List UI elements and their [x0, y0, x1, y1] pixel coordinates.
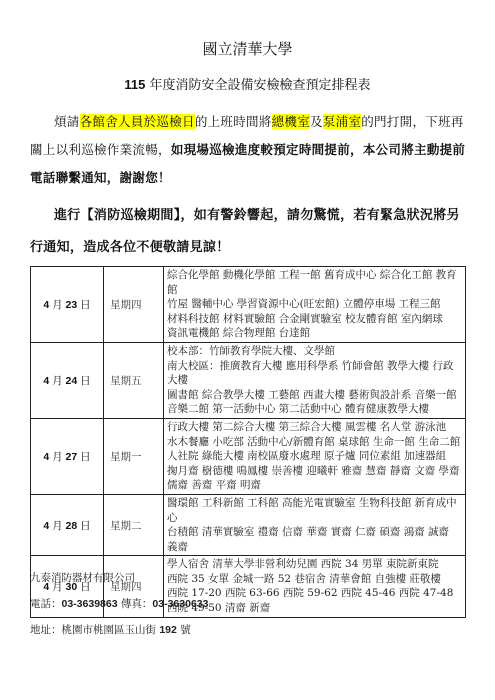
address-street: 桃園市桃園區玉山街 [62, 624, 157, 636]
page-subtitle: 115 年度消防安全設備安檢檢查預定排程表 [0, 74, 495, 93]
notice-text: 及 [310, 114, 323, 129]
day-unit: 日 [80, 299, 91, 311]
address-number: 192 [159, 624, 177, 636]
day-unit: 日 [80, 375, 91, 387]
building-line: 南大校區：推廣教育大樓 應用科學系 竹師會館 教學大樓 行政大樓 [167, 359, 462, 388]
schedule-row: 4 月 24 日星期五校本部：竹師教育學院大樓、文學館南大校區：推廣教育大樓 應… [31, 342, 466, 418]
buildings-cell: 行政大樓 第二綜合大樓 第三綜合大樓 風雲樓 名人堂 游泳池水木餐廳 小吃部 活… [164, 418, 466, 494]
building-line: 行政大樓 第二綜合大樓 第三綜合大樓 風雲樓 名人堂 游泳池 [167, 420, 462, 435]
day: 24 [66, 375, 78, 387]
schedule-row: 4 月 27 日星期一行政大樓 第二綜合大樓 第三綜合大樓 風雲樓 名人堂 游泳… [31, 418, 466, 494]
date-cell: 4 月 23 日 [31, 267, 104, 343]
building-line: 材料科技館 材料實驗館 合金剛實驗室 校友體育館 室內網球 [167, 312, 462, 327]
month-unit: 月 [52, 451, 63, 463]
buildings-cell: 校本部：竹師教育學院大樓、文學館南大校區：推廣教育大樓 應用科學系 竹師會館 教… [164, 342, 466, 418]
month-unit: 月 [52, 520, 63, 532]
building-line: 西院 49-50 清齋 新齋 [167, 601, 462, 616]
building-line: 音樂二館 第一活動中心 第二活動中心 體育健康教學大樓 [167, 402, 462, 417]
month-unit: 月 [52, 375, 63, 387]
building-line: 西院 35 女單 金城一路 52 巷宿舍 清華會館 自強樓 莊敬樓 [167, 572, 462, 587]
building-line: 掬月齋 樹德樓 鳴鳳樓 崇善樓 迎曦軒 雅齋 慧齋 靜齋 文齋 學齋 [167, 464, 462, 479]
fax-number: 03-3630633 [152, 598, 208, 610]
day: 27 [66, 451, 78, 463]
building-line: 資訊電機館 綜合物理館 台達館 [167, 326, 462, 341]
day-unit: 日 [80, 451, 91, 463]
notice-text: 的上班時間將 [195, 114, 272, 129]
day: 23 [66, 299, 78, 311]
highlight-switchboard-room: 總機室 [272, 114, 310, 129]
address-label: 地址： [30, 624, 62, 636]
subtitle-year: 115 [124, 77, 145, 92]
schedule-row: 4 月 23 日星期四綜合化學館 動機化學館 工程一館 舊育成中心 綜合化工館 … [31, 267, 466, 343]
buildings-cell: 學人宿舍 清華大學非營利幼兒園 西院 34 男單 東院新東院西院 35 女單 金… [164, 556, 466, 617]
date-cell: 4 月 28 日 [31, 494, 104, 555]
contact-phone-fax: 電話：03-3639863 傳真：03-3630633 [30, 596, 208, 611]
fax-label: 傳真： [121, 598, 153, 610]
notice-paragraph-2: 進行【消防巡檢期間】，如有警鈴響起，請勿驚慌，若有緊急狀況將另行通知，造成各位不… [30, 200, 470, 264]
building-line: 義齋 [167, 540, 462, 555]
buildings-cell: 醫環館 工科新館 工科館 高能光電實驗室 生物科技館 新育成中心台積館 清華實驗… [164, 494, 466, 555]
month: 4 [43, 520, 49, 532]
buildings-cell: 綜合化學館 動機化學館 工程一館 舊育成中心 綜合化工館 教育館竹屋 醫輔中心 … [164, 267, 466, 343]
building-line: 綜合化學館 動機化學館 工程一館 舊育成中心 綜合化工館 教育館 [167, 268, 462, 297]
notice-paragraph-1: 煩請各館舍人員於巡檢日的上班時間將總機室及泵浦室的門打開，下班再關上以利巡檢作業… [30, 108, 470, 192]
page-title: 國立清華大學 [0, 38, 495, 59]
address-unit: 號 [180, 624, 191, 636]
month: 4 [43, 299, 49, 311]
building-line: 圖書館 綜合教學大樓 工藝館 西畫大樓 藝術與設計系 音樂一館 [167, 388, 462, 403]
highlight-staff: 各館舍人員於巡檢日 [80, 114, 195, 129]
building-line: 校本部：竹師教育學院大樓、文學館 [167, 344, 462, 359]
building-line: 西院 17-20 西院 63-66 西院 59-62 西院 45-46 西院 4… [167, 586, 462, 601]
schedule-row: 4 月 28 日星期二醫環館 工科新館 工科館 高能光電實驗室 生物科技館 新育… [31, 494, 466, 555]
company-address: 地址：桃園市桃園區玉山街 192 號 [30, 622, 191, 637]
building-line: 醫環館 工科新館 工科館 高能光電實驗室 生物科技館 新育成中心 [167, 496, 462, 525]
phone-number: 03-3639863 [62, 598, 118, 610]
weekday-cell: 星期一 [104, 418, 164, 494]
subtitle-text: 年度消防安全設備安檢檢查預定排程表 [150, 78, 371, 93]
date-cell: 4 月 27 日 [31, 418, 104, 494]
building-line: 水木餐廳 小吃部 活動中心/新體育館 桌球館 生命一館 生命二館 [167, 435, 462, 450]
month-unit: 月 [52, 299, 63, 311]
weekday-cell: 星期四 [104, 267, 164, 343]
month: 4 [43, 451, 49, 463]
building-line: 竹屋 醫輔中心 學習資源中心(旺宏館) 立體停車場 工程三館 [167, 297, 462, 312]
building-line: 儒齋 善齋 平齋 明齋 [167, 478, 462, 493]
company-name: 九泰消防器材有限公司 [30, 570, 135, 585]
date-cell: 4 月 24 日 [31, 342, 104, 418]
day: 28 [66, 520, 78, 532]
phone-label: 電話： [30, 598, 62, 610]
schedule-table: 4 月 23 日星期四綜合化學館 動機化學館 工程一館 舊育成中心 綜合化工館 … [30, 266, 466, 618]
month: 4 [43, 375, 49, 387]
notice-text: 煩請 [54, 114, 80, 129]
building-line: 台積館 清華實驗室 禮齋 信齋 華齋 實齋 仁齋 碩齋 鴻齋 誠齋 [167, 525, 462, 540]
day-unit: 日 [80, 520, 91, 532]
weekday-cell: 星期五 [104, 342, 164, 418]
highlight-pump-room: 泵浦室 [323, 114, 361, 129]
weekday-cell: 星期二 [104, 494, 164, 555]
building-line: 人社院 綠能大樓 南校區廢水處理 原子爐 同位素組 加速器組 [167, 449, 462, 464]
building-line: 學人宿舍 清華大學非營利幼兒園 西院 34 男單 東院新東院 [167, 557, 462, 572]
